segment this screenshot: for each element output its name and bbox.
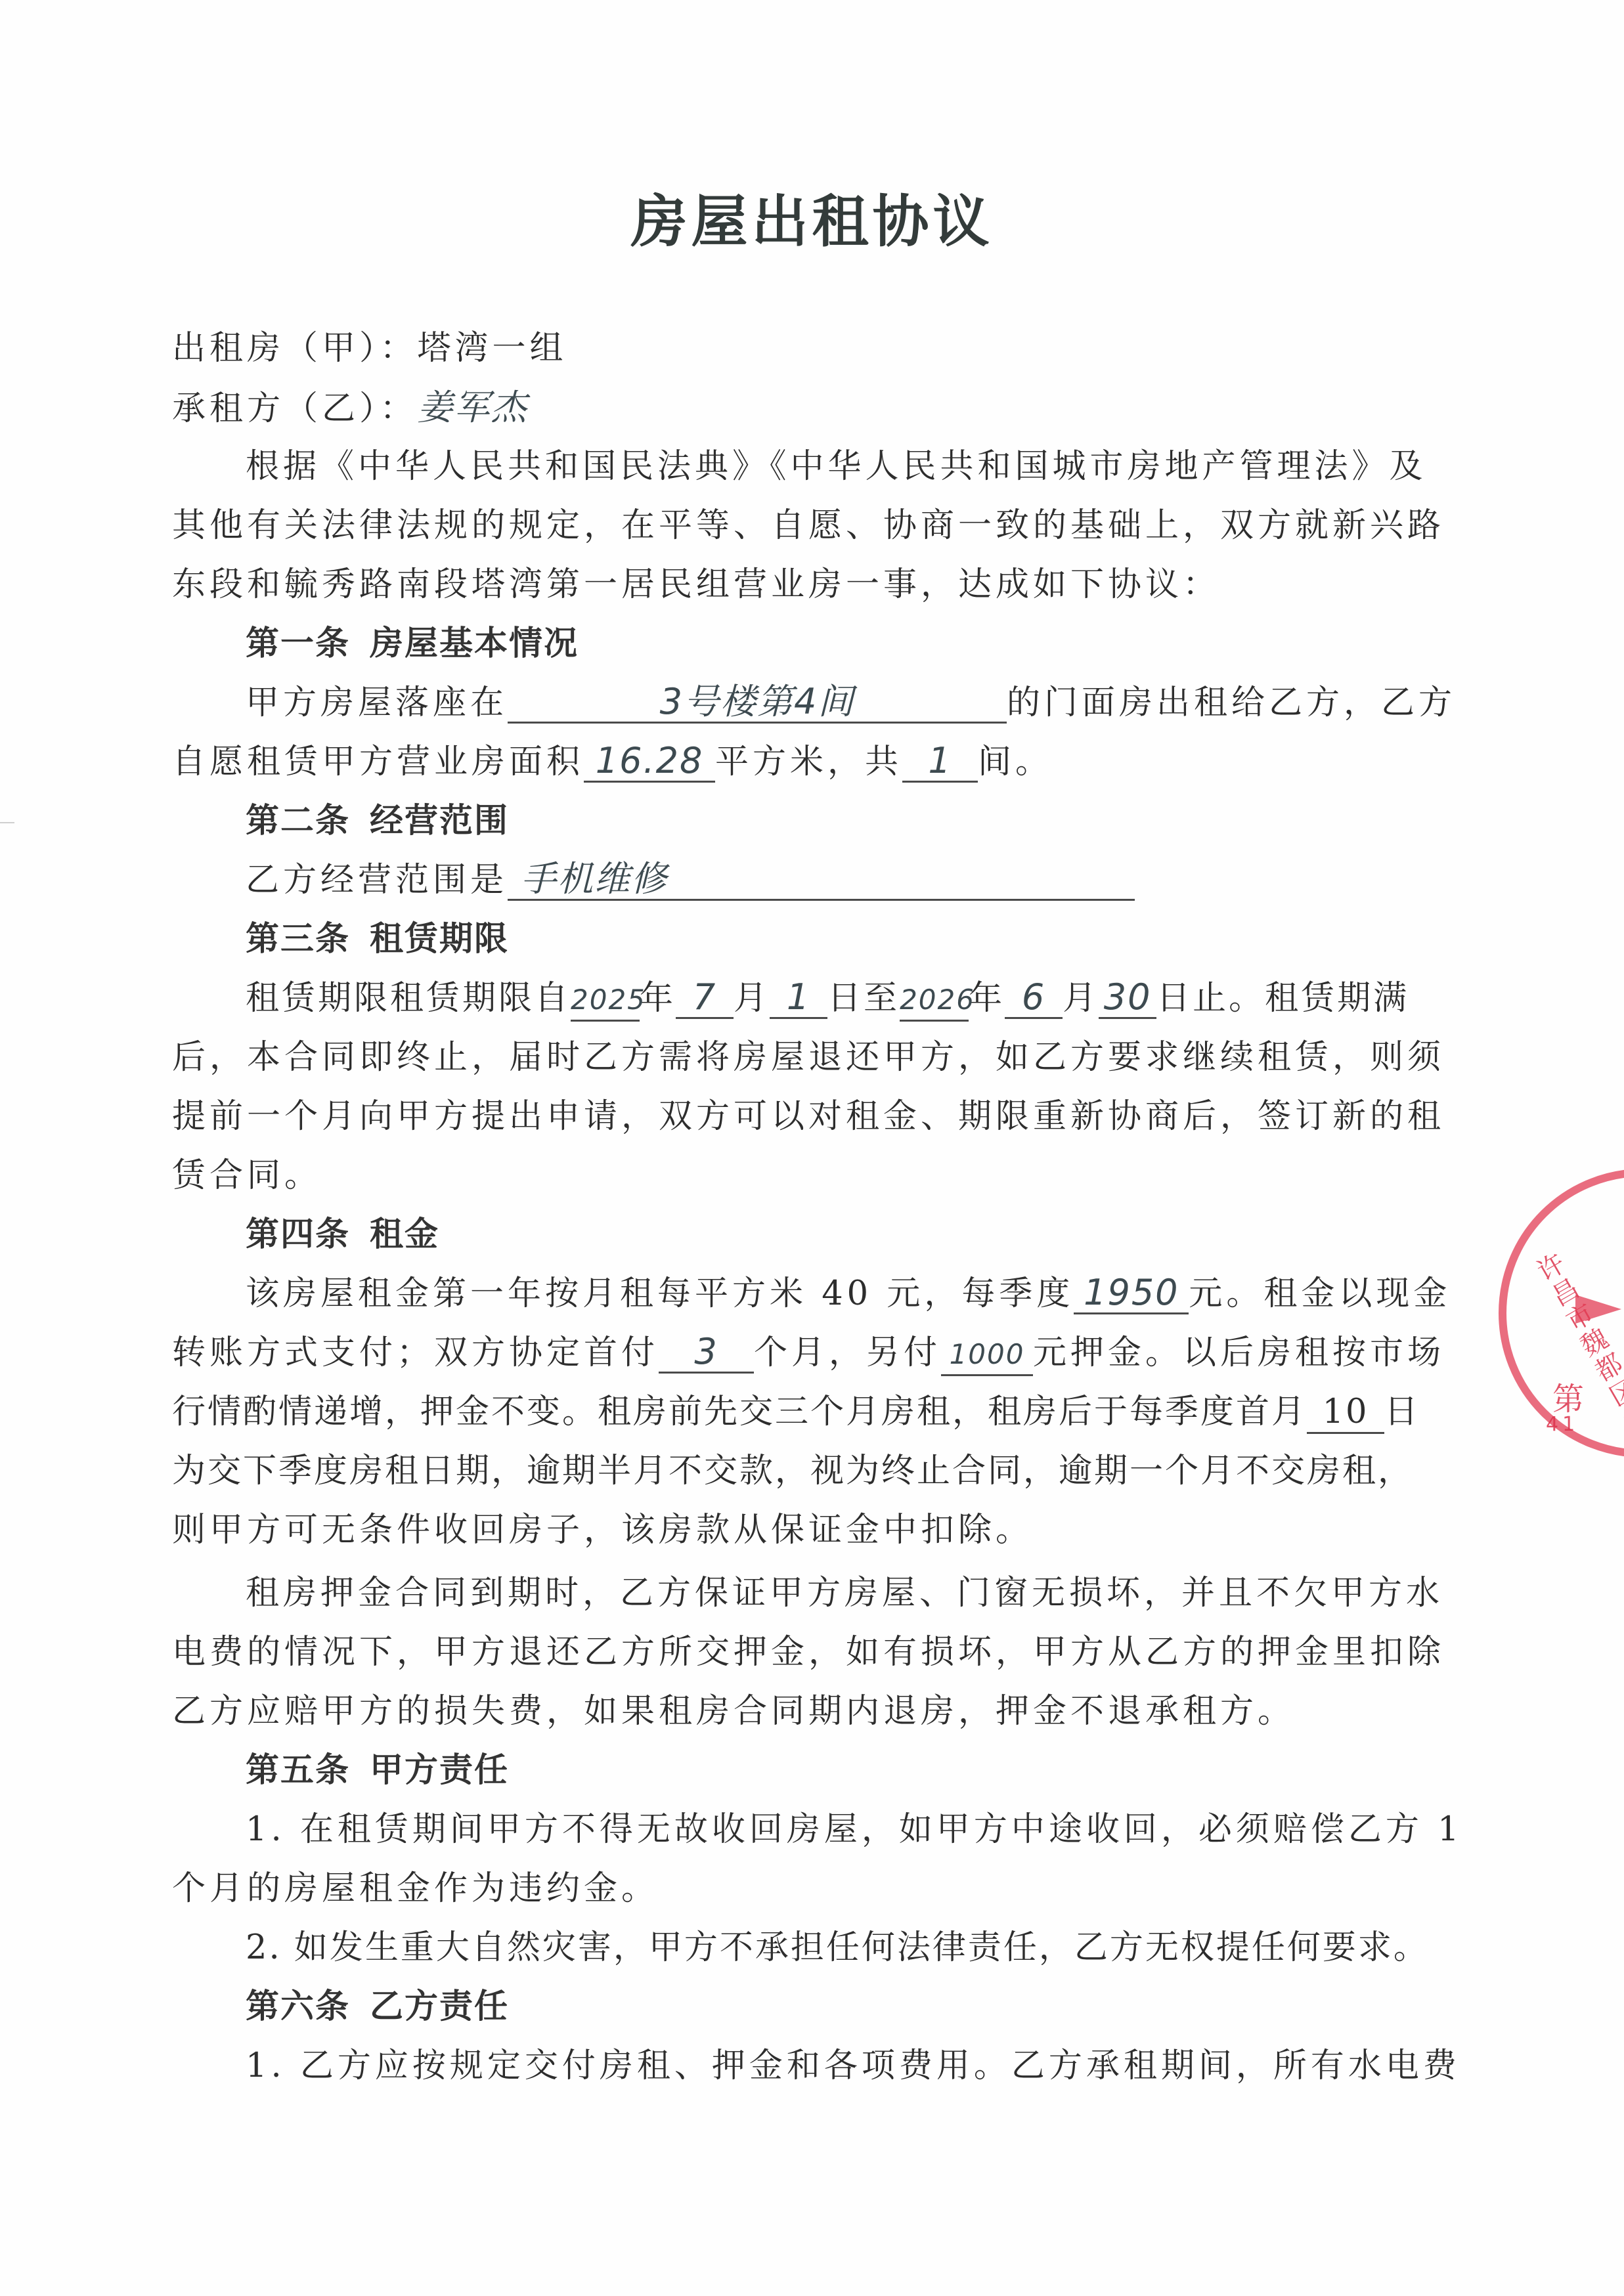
text: 平方米，共 <box>715 743 902 781</box>
text: 日 <box>1384 1393 1420 1431</box>
article-3-number: 第三条 <box>246 920 350 959</box>
intro-line-3: 东段和毓秀路南段塔湾第一居民组营业房一事，达成如下协议： <box>172 555 1460 615</box>
article-4-heading: 第四条租金 <box>172 1205 1460 1265</box>
lessor-label: 出租房（甲）： <box>172 329 418 368</box>
seal-bottom-text: 第 <box>1552 1374 1584 1419</box>
text: 个月，另付 <box>754 1333 941 1372</box>
lessee-signature: 姜军杰 <box>418 387 528 428</box>
article-5-item-1: 1. 在租赁期间甲方不得无故收回房屋，如甲方中途收回，必须赔偿乙方 1 <box>172 1800 1460 1859</box>
text: 租赁期限租赁期限自 <box>246 979 571 1018</box>
article-6-heading: 第六条乙方责任 <box>172 1978 1460 2037</box>
text: 行情酌情递增，押金不变。租房前先交三个月房租，租房后于每季度首月 <box>172 1393 1307 1431</box>
end-day-field[interactable]: 30 <box>1099 978 1156 1019</box>
due-day-field[interactable]: 10 <box>1307 1393 1384 1434</box>
text: 乙方经营范围是 <box>246 861 508 899</box>
article-1-number: 第一条 <box>246 624 350 663</box>
article-4-para2-line-2: 电费的情况下，甲方退还乙方所交押金，如有损坏，甲方从乙方的押金里扣除 <box>172 1623 1460 1682</box>
text: 转账方式支付；双方协定首付 <box>172 1333 659 1372</box>
lessor-value: 塔湾一组 <box>418 329 567 368</box>
rooms-field[interactable]: 1 <box>902 741 978 783</box>
start-month-field[interactable]: 7 <box>676 978 734 1019</box>
article-3-title: 租赁期限 <box>370 920 509 959</box>
article-3-line-2: 后，本合同即终止，届时乙方需将房屋退还甲方，如乙方要求继续租赁，则须 <box>172 1028 1460 1087</box>
lessor-line: 出租房（甲）：塔湾一组 <box>172 319 1460 378</box>
article-6-title: 乙方责任 <box>370 1987 509 2026</box>
article-3-line-4: 赁合同。 <box>172 1146 1460 1205</box>
text: 月 <box>1063 979 1099 1018</box>
article-1-line-1: 甲方房屋落座在3号楼第4间的门面房出租给乙方，乙方 <box>172 674 1460 733</box>
text: 的门面房出租给乙方，乙方 <box>1007 683 1456 722</box>
intro-line-2: 其他有关法律法规的规定，在平等、自愿、协商一致的基础上，双方就新兴路 <box>172 496 1460 555</box>
text: 自愿租赁甲方营业房面积 <box>172 743 584 781</box>
article-4-line-1: 该房屋租金第一年按月租每平方米 40 元，每季度1950元。租金以现金 <box>172 1265 1460 1324</box>
document-body: 出租房（甲）：塔湾一组 承租方（乙）：姜军杰 根据《中华人民共和国民法典》《中华… <box>172 319 1460 2096</box>
end-year-field[interactable]: 2026 <box>900 980 969 1022</box>
article-2-number: 第二条 <box>246 802 350 840</box>
end-month-field[interactable]: 6 <box>1005 978 1063 1019</box>
text: 甲方房屋落座在 <box>246 683 508 722</box>
official-seal: 许昌市魏都区文峰街道办 第 41 <box>1499 1169 1624 1458</box>
business-scope-field[interactable]: 手机维修 <box>508 859 1135 901</box>
article-4-title: 租金 <box>370 1215 439 1254</box>
intro-line-1: 根据《中华人民共和国民法典》《中华人民共和国城市房地产管理法》及 <box>172 437 1460 496</box>
article-6-item-1: 1. 乙方应按规定交付房租、押金和各项费用。乙方承租期间，所有水电费 <box>172 2037 1460 2096</box>
document-title: 房屋出租协议 <box>0 176 1624 257</box>
text: 月 <box>734 979 770 1018</box>
article-3-line-3: 提前一个月向甲方提出申请，双方可以对租金、期限重新协商后，签订新的租 <box>172 1087 1460 1146</box>
area-field[interactable]: 16.28 <box>584 741 715 783</box>
article-4-line-4: 为交下季度房租日期，逾期半月不交款，视为终止合同，逾期一个月不交房租， <box>172 1442 1460 1501</box>
article-2-heading: 第二条经营范围 <box>172 792 1460 851</box>
article-5-heading: 第五条甲方责任 <box>172 1741 1460 1800</box>
start-year-field[interactable]: 2025 <box>571 980 640 1022</box>
seal-code: 41 <box>1546 1413 1579 1436</box>
article-2-line-1: 乙方经营范围是手机维修 <box>172 851 1460 910</box>
text: 元押金。以后房租按市场 <box>1033 1333 1445 1372</box>
article-4-para2-line-1: 租房押金合同到期时，乙方保证甲方房屋、门窗无损坏，并且不欠甲方水 <box>172 1564 1460 1623</box>
seal-star-icon <box>1575 1295 1621 1324</box>
article-6-number: 第六条 <box>246 1987 350 2026</box>
article-5-item-2: 2. 如发生重大自然灾害，甲方不承担任何法律责任，乙方无权提任何要求。 <box>172 1918 1460 1978</box>
article-5-number: 第五条 <box>246 1751 350 1790</box>
text: 日止。租赁期满 <box>1156 979 1409 1018</box>
article-1-heading: 第一条房屋基本情况 <box>172 615 1460 674</box>
article-5-title: 甲方责任 <box>370 1751 509 1790</box>
article-4-line-2: 转账方式支付；双方协定首付3个月，另付1000元押金。以后房租按市场 <box>172 1324 1460 1383</box>
article-1-line-2: 自愿租赁甲方营业房面积16.28平方米，共1间。 <box>172 733 1460 792</box>
article-2-title: 经营范围 <box>370 802 509 840</box>
text: 间。 <box>978 743 1053 781</box>
lessee-label: 承租方（乙）： <box>172 389 418 428</box>
start-day-field[interactable]: 1 <box>770 978 827 1019</box>
first-payment-months-field[interactable]: 3 <box>659 1332 754 1374</box>
article-3-line-1: 租赁期限租赁期限自2025年7月1日至2026年6月30日止。租赁期满 <box>172 969 1460 1028</box>
article-4-line-5: 则甲方可无条件收回房子，该房款从保证金中扣除。 <box>172 1501 1460 1560</box>
text: 元。租金以现金 <box>1189 1274 1451 1313</box>
text: 日至 <box>827 979 900 1018</box>
lessee-line: 承租方（乙）：姜军杰 <box>172 378 1460 437</box>
article-1-title: 房屋基本情况 <box>370 624 579 663</box>
article-5-item-1-cont: 个月的房屋租金作为违约金。 <box>172 1859 1460 1918</box>
article-4-para2-line-3: 乙方应赔甲方的损失费，如果租房合同期内退房，押金不退承租方。 <box>172 1682 1460 1741</box>
scan-mark <box>0 822 14 823</box>
article-4-line-3: 行情酌情递增，押金不变。租房前先交三个月房租，租房后于每季度首月10日 <box>172 1383 1460 1442</box>
quarterly-rent-field[interactable]: 1950 <box>1074 1273 1189 1314</box>
deposit-field[interactable]: 1000 <box>941 1335 1033 1376</box>
document-page: 房屋出租协议 出租房（甲）：塔湾一组 承租方（乙）：姜军杰 根据《中华人民共和国… <box>0 0 1624 2296</box>
location-field[interactable]: 3号楼第4间 <box>508 682 1007 724</box>
article-4-number: 第四条 <box>246 1215 350 1254</box>
text: 该房屋租金第一年按月租每平方米 40 元，每季度 <box>246 1274 1074 1313</box>
article-3-heading: 第三条租赁期限 <box>172 910 1460 969</box>
